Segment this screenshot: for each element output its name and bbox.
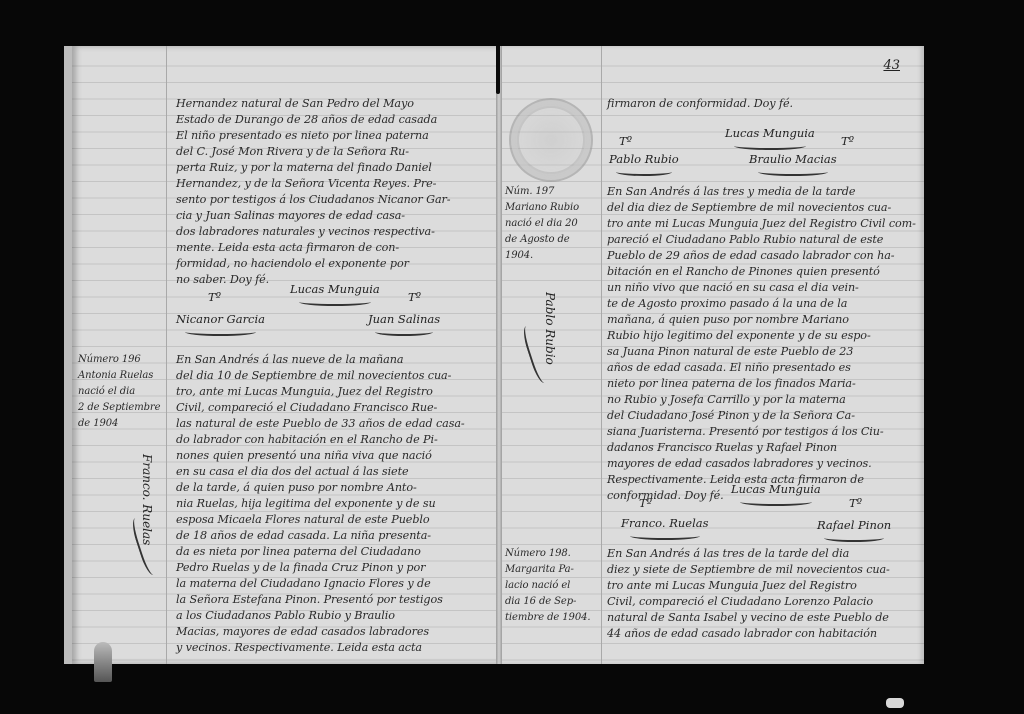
signature-scribble: [129, 515, 163, 577]
witness-name: Pablo Rubio: [609, 152, 679, 166]
witness-signature-left: Franco. Ruelas: [621, 516, 709, 540]
witness-label: Tº: [841, 134, 854, 148]
witness-signature-right: Juan Salinas: [368, 312, 440, 336]
signature-flourish: [185, 328, 256, 336]
right-page: 43 firmaron de conformidad. Doy fé. Luca…: [499, 46, 924, 664]
witness-name: Nicanor Garcia: [176, 312, 265, 326]
entry-196-body: En San Andrés á las nueve de la mañana d…: [176, 352, 506, 656]
witness-label: Tº: [619, 134, 632, 148]
left-page: Hernandez natural de San Pedro del Mayo …: [64, 46, 507, 664]
signature-flourish: [740, 498, 812, 506]
witness-name: Franco. Ruelas: [621, 516, 709, 530]
entry-198-margin-note: Número 198. Margarita Pa- lacio nació el…: [505, 546, 601, 626]
open-register-book: Hernandez natural de San Pedro del Mayo …: [64, 46, 924, 664]
gutter-tear: [496, 46, 500, 94]
entry-196-margin-note: Número 196 Antonia Ruelas nació el dia 2…: [78, 352, 168, 432]
witness-signature-left: Nicanor Garcia: [176, 312, 265, 336]
witness-label: Tº: [408, 290, 421, 304]
page-number: 43: [883, 58, 900, 73]
entry-197-margin-note: Núm. 197 Mariano Rubio nació el dia 20 d…: [505, 184, 601, 264]
judge-name: Lucas Munguia: [731, 482, 821, 496]
witness-signature-right: Rafael Pinon: [817, 518, 891, 542]
official-seal-stamp: [509, 98, 593, 182]
witness-label: Tº: [849, 496, 862, 510]
judge-signature: Lucas Munguia: [731, 482, 821, 506]
signature-flourish: [375, 328, 433, 336]
judge-name: Lucas Munguia: [725, 126, 815, 140]
signature-flourish: [616, 168, 672, 176]
signature-flourish: [299, 298, 371, 306]
entry-197-body: En San Andrés á las tres y media de la t…: [607, 184, 917, 504]
witness-name: Juan Salinas: [368, 312, 440, 326]
witness-name: Braulio Macias: [749, 152, 837, 166]
judge-signature: Lucas Munguia: [290, 282, 380, 306]
judge-signature: Lucas Munguia: [725, 126, 815, 150]
witness-signature-left: Pablo Rubio: [609, 152, 679, 176]
signature-flourish: [758, 168, 828, 176]
entry-198-body: En San Andrés á las tres de la tarde del…: [607, 546, 917, 642]
page-clip: [886, 698, 904, 708]
witness-label: Tº: [208, 290, 221, 304]
judge-name: Lucas Munguia: [290, 282, 380, 296]
witness-name: Rafael Pinon: [817, 518, 891, 532]
page-clip: [94, 642, 112, 682]
witness-label: Tº: [639, 496, 652, 510]
book-gutter: [496, 46, 502, 664]
witness-signature-right: Braulio Macias: [749, 152, 837, 176]
signature-flourish: [630, 532, 700, 540]
signature-flourish: [824, 534, 883, 542]
continuation-text: Hernandez natural de San Pedro del Mayo …: [176, 96, 506, 288]
margin-rule: [601, 46, 602, 664]
signature-flourish: [734, 142, 806, 150]
continuation-text: firmaron de conformidad. Doy fé.: [607, 96, 917, 112]
